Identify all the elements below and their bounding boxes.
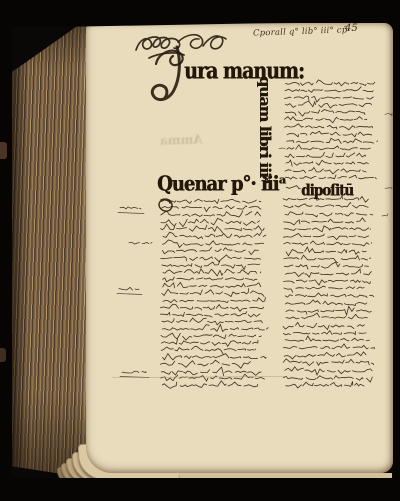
show-through-text: Amma xyxy=(160,132,203,147)
manuscript-photo: Amma Cporall q° lib° iii° cp̃ 45 ura man… xyxy=(0,0,400,501)
left-column-heading: Quenar p°· iiiᵃ xyxy=(157,172,286,196)
background-left xyxy=(0,0,12,501)
vertical-heading: quam libri iiiᵃ xyxy=(256,76,274,183)
clasp-remnant xyxy=(0,142,7,159)
background-bottom xyxy=(0,478,400,501)
clasp-remnant xyxy=(0,348,6,362)
background-right xyxy=(393,0,400,501)
book-fore-edge xyxy=(12,25,88,473)
right-column-inline-heading: dipoſitū xyxy=(301,181,353,200)
manuscript-page xyxy=(86,23,393,473)
folio-number: 45 xyxy=(345,23,358,34)
main-heading: ura manum: xyxy=(184,57,304,85)
